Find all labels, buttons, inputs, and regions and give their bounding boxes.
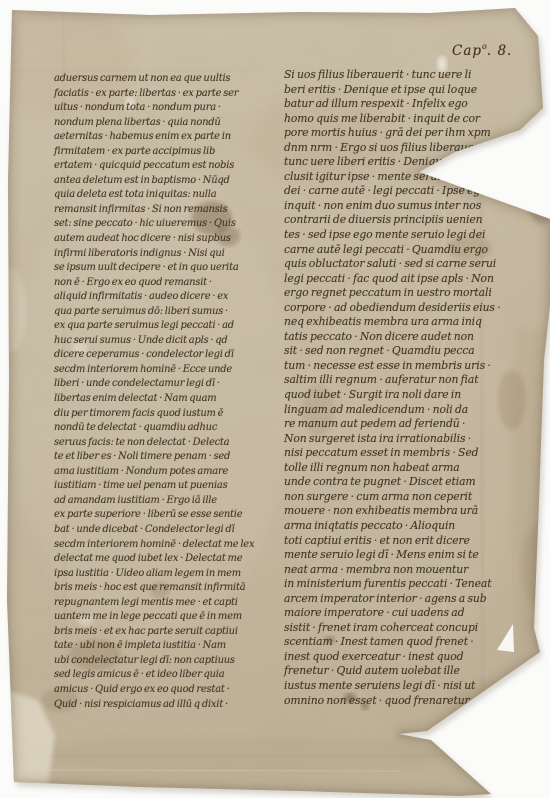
manuscript-text-line: tum · necesse est esse in membris uris ·	[284, 359, 501, 374]
manuscript-text-line: bris meis · hoc est que remansit infirmi…	[54, 581, 254, 596]
manuscript-text-line: Non surgeret ista ira irrationabilis ·	[284, 432, 501, 447]
manuscript-text-line: non surgere · cum arma non ceperit	[284, 490, 501, 505]
manuscript-text-line: scentiam · Inest tamen quod frenet ·	[284, 635, 501, 650]
manuscript-text-line: carne autē legi peccati · Quamdiu ergo	[284, 243, 501, 258]
manuscript-text-line: aliquid infirmitatis · audeo dicere · ex	[54, 290, 254, 305]
manuscript-text-line: frenetur · Quid autem uolebat ille	[284, 664, 501, 679]
manuscript-text-line: arma iniqtatis peccato · Alioquin	[284, 519, 501, 534]
manuscript-text-line: liberi · unde condelectamur legi dī ·	[54, 377, 254, 392]
manuscript-text-line: homo quis me liberabit · inquit de cor	[284, 112, 501, 127]
manuscript-text-line: secdm interiorem hominē · delectat me le…	[54, 538, 254, 553]
manuscript-text-line: quia deleta est tota iniquitas: nulla	[54, 188, 254, 203]
manuscript-text-line: beri eritis · Denique et ipse qui loque	[284, 83, 501, 98]
manuscript-text-line: quis obluctator saluti · sed si carne se…	[284, 257, 501, 272]
manuscript-text-line: nisi peccatum esset in membris · Sed	[284, 446, 501, 461]
manuscript-text-line: tolle illi regnum non habeat arma	[284, 461, 501, 476]
manuscript-text-line: nondum plena libertas · quia nondū	[54, 116, 254, 131]
manuscript-text-line: se ipsum uult decipere · et in quo uerit…	[54, 261, 254, 276]
manuscript-photo: Capo. 8. aduersus carnem ut non ea que u…	[0, 0, 550, 798]
manuscript-text-line: bat · unde dicebat · Condelector legi dī	[54, 523, 254, 538]
manuscript-text-line: ipsa iustitia · Uideo aliam legem in mem	[54, 567, 254, 582]
manuscript-text-line: toti captiui eritis · et non erit dicere	[284, 534, 501, 549]
manuscript-text-line: ubi condelectatur legi dī: non captiuus	[54, 654, 254, 669]
manuscript-text-line: mente seruio legi dī · Mens enim si te	[284, 548, 501, 563]
manuscript-text-line: in ministerium furentis peccati · Teneat	[284, 577, 501, 592]
manuscript-text-line: maiore imperatore · cui uadens ad	[284, 606, 501, 621]
manuscript-text-line: remansit infirmitas · Si non remansis	[54, 203, 254, 218]
manuscript-text-line: mouere · non exhibeatis membra urā	[284, 504, 501, 519]
manuscript-text-line: aduersus carnem ut non ea que uultis	[54, 72, 254, 87]
manuscript-text-line: seruus facis: te non delectat · Delecta	[54, 436, 254, 451]
manuscript-text-line: ex parte superiore · liberū se esse sent…	[54, 508, 254, 523]
manuscript-text-line: arcem imperator interior · agens a sub	[284, 592, 501, 607]
manuscript-text-line: bris meis · et ex hac parte seruit capti…	[54, 625, 254, 640]
chapter-heading-number: . 8.	[487, 43, 512, 59]
manuscript-text-line: tatis peccato · Non dicere audet non	[284, 330, 501, 345]
manuscript-text-line: amicus · Quid ergo ex eo quod restat ·	[54, 683, 254, 698]
manuscript-text-line: repugnantem legi mentis mee · et capti	[54, 596, 254, 611]
manuscript-text-line: uantem me in lege peccati que ē in mem	[54, 610, 254, 625]
manuscript-text-line: ertatem · quicquid peccatum est nobis	[54, 159, 254, 174]
manuscript-text-line: uitus · nondum tota · nondum pura ·	[54, 101, 254, 116]
manuscript-text-line: qua parte seruimus dō: liberi sumus ·	[54, 305, 254, 320]
manuscript-text-line: tes · sed ipse ego mente seruio legi dei	[284, 228, 501, 243]
manuscript-text-line: te et liber es · Noli timere penam · sed	[54, 450, 254, 465]
manuscript-text-line: firmitatem · ex parte accipimus lib	[54, 145, 254, 160]
manuscript-text-line: re manum aut pedem ad feriendū ·	[284, 417, 501, 432]
manuscript-text-line: iustitiam · time uel penam ut puenias	[54, 479, 254, 494]
manuscript-text-line: tate · ubi non ē impleta iustitia · Nam	[54, 639, 254, 654]
chapter-heading: Capo. 8.	[452, 42, 542, 59]
manuscript-text-line: autem audeat hoc dicere · nisi supbus	[54, 232, 254, 247]
manuscript-text-line: diu per timorem facis quod iustum ē	[54, 407, 254, 422]
manuscript-text-line: set: sine peccato · hic uiueremus · Quis	[54, 217, 254, 232]
manuscript-text-line: secdm interiorem hominē · Ecce unde	[54, 363, 254, 378]
manuscript-text-line: quod iubet · Surgit ira noli dare in	[284, 388, 501, 403]
manuscript-text-line: Quid · nisi respiciamus ad illū q dixit …	[54, 698, 254, 713]
text-column-left: aduersus carnem ut non ea que uultisfaci…	[54, 72, 254, 712]
manuscript-text-line: aeternitas · habemus enim ex parte in	[54, 130, 254, 145]
manuscript-text-line: infirmi liberatoris indignus · Nisi qui	[54, 247, 254, 262]
manuscript-text-line: dicere ceperamus · condelector legi dī	[54, 348, 254, 363]
manuscript-text-line: unde contra te pugnet · Discet etiam	[284, 475, 501, 490]
manuscript-text-line: contrarii de diuersis principiis uenien	[284, 213, 501, 228]
manuscript-text-line: legi peccati · fac quod ait ipse apls · …	[284, 272, 501, 287]
manuscript-text-line: batur ad illum respexit · Infelix ego	[284, 97, 501, 112]
manuscript-text-line: inquit · non enim duo sumus inter nos	[284, 199, 501, 214]
manuscript-text-line: non ē · Ergo ex eo quod remansit ·	[54, 276, 254, 291]
manuscript-text-line: neat arma · membra non mouentur	[284, 563, 501, 578]
manuscript-text-line: sed legis amicus ē · et ideo liber quia	[54, 668, 254, 683]
manuscript-text-line: libertas enim delectat · Nam quam	[54, 392, 254, 407]
manuscript-text-line: ergo regnet peccatum in uestro mortali	[284, 286, 501, 301]
manuscript-text-line: ex qua parte seruimus legi peccati · ad	[54, 319, 254, 334]
manuscript-text-line: corpore · ad obediendum desideriis eius …	[284, 301, 501, 316]
parchment-leaf: Capo. 8. aduersus carnem ut non ea que u…	[0, 0, 550, 798]
manuscript-text-line: ad amandam iustitiam · Ergo iā ille	[54, 494, 254, 509]
manuscript-text-line: linguam ad maledicendum · noli da	[284, 403, 501, 418]
manuscript-text-line: sit · sed non regnet · Quamdiu pecca	[284, 344, 501, 359]
manuscript-text-line: neq exhibeatis membra ura arma iniq	[284, 315, 501, 330]
manuscript-text-line: iustus mente seruiens legi dī · nisi ut	[284, 679, 501, 694]
manuscript-text-line: Si uos filius liberauerit · tunc uere li	[284, 68, 501, 83]
manuscript-text-line: nondū te delectat · quamdiu adhuc	[54, 421, 254, 436]
manuscript-text-line: antea deletum est in baptismo · Nūqd	[54, 174, 254, 189]
manuscript-text-line: inest quod exerceatur · inest quod	[284, 650, 501, 665]
manuscript-text-line: delectat me quod iubet lex · Delectat me	[54, 552, 254, 567]
manuscript-text-line: ama iustitiam · Nondum potes amare	[54, 465, 254, 480]
manuscript-text-line: huc serui sumus · Unde dicit apls · qd	[54, 334, 254, 349]
manuscript-text-line: pore mortis huius · grā dei per ihm xpm	[284, 126, 501, 141]
manuscript-text-line: faciatis · ex parte: libertas · ex parte…	[54, 87, 254, 102]
manuscript-text-line: sistit · frenet iram coherceat concupi	[284, 621, 501, 636]
manuscript-text-line: saltim illi regnum · auferatur non fiat	[284, 373, 501, 388]
chapter-heading-word: Cap	[452, 43, 482, 59]
